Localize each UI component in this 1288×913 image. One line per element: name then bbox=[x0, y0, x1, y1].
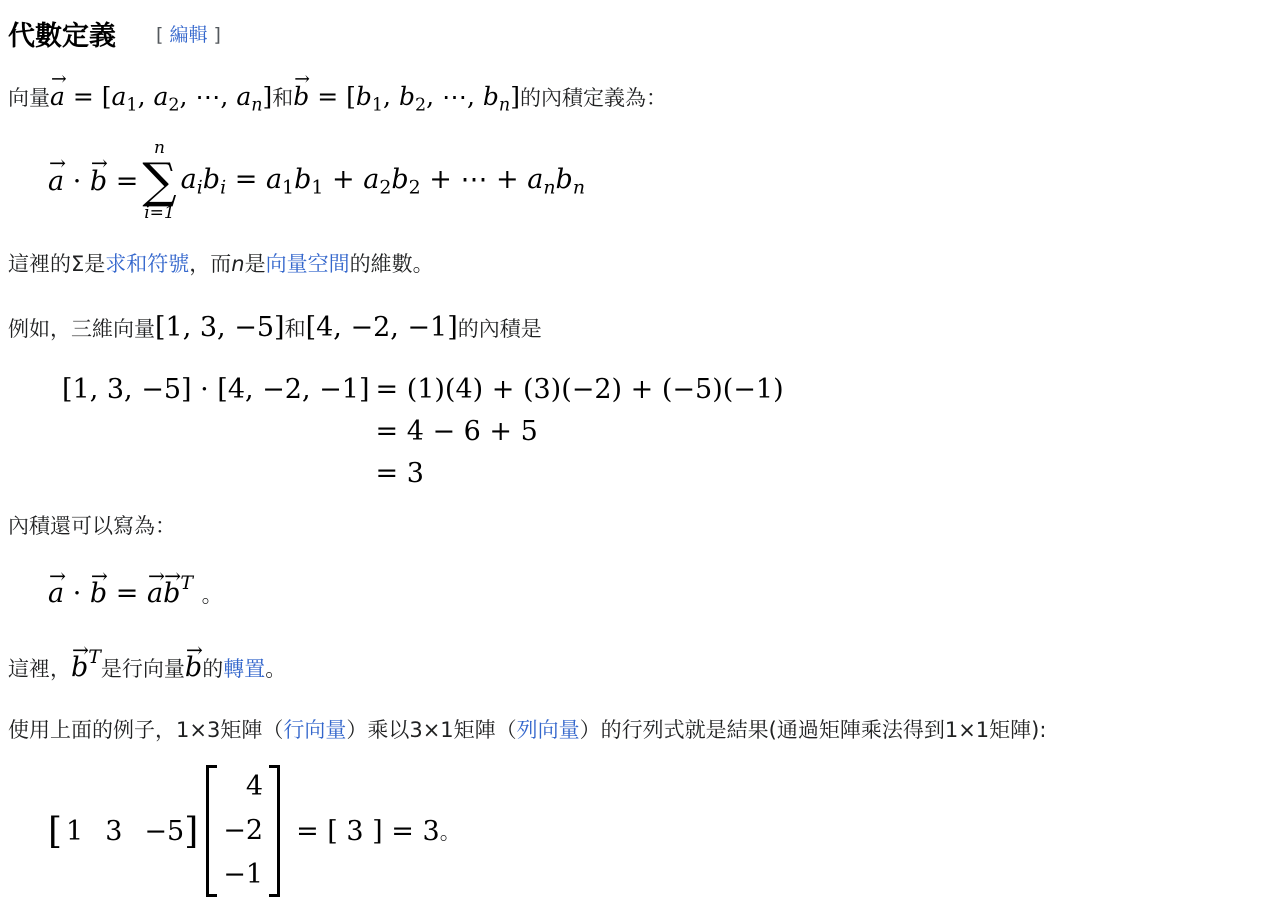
n-variable: n bbox=[231, 252, 244, 276]
math-vector-1: [1, 3, −5] bbox=[155, 312, 285, 343]
text: 這裡的 bbox=[8, 252, 71, 276]
text: 。 bbox=[440, 816, 461, 846]
link-column-vector[interactable]: 列向量 bbox=[517, 718, 580, 742]
paragraph-matrix: 使用上面的例子，1×3矩陣（行向量）乘以3×1矩陣（列向量）的行列式就是結果(通… bbox=[8, 714, 1046, 744]
math-vector-a: a = [a1, a2, ⋯, an] bbox=[50, 82, 272, 111]
math-vector-b: b = [b1, b2, ⋯, bn] bbox=[293, 82, 520, 111]
text: 是行向量 bbox=[101, 657, 185, 681]
text: 使用上面的例子，1×3矩陣（ bbox=[8, 718, 283, 742]
example-equations: [1, 3, −5] · [4, −2, −1]= (1)(4) + (3)(−… bbox=[62, 370, 784, 494]
text: 。 bbox=[202, 583, 223, 607]
text: 是 bbox=[84, 252, 105, 276]
eq-rhs: = 4 − 6 + 5 bbox=[375, 412, 783, 452]
edit-bracket-open: [ bbox=[156, 24, 169, 46]
paragraph-alt-form: 內積還可以寫為： bbox=[8, 510, 176, 540]
math-vector-2: [4, −2, −1] bbox=[306, 312, 458, 343]
sum-symbol: n ∑ i=1 bbox=[142, 140, 176, 222]
matrix-equation: [ 1 3 −5 ] 4 −2 −1 = [ 3 ] = 3 。 bbox=[48, 768, 461, 894]
text: 的維數。 bbox=[350, 252, 434, 276]
paragraph-transpose: 這裡，bT是行向量b的轉置。 bbox=[8, 646, 286, 683]
eq-lhs bbox=[62, 412, 369, 452]
text: ）的行列式就是結果(通過矩陣乘法得到1×1矩陣): bbox=[580, 718, 1047, 742]
eq-rhs: = 3 bbox=[375, 454, 783, 494]
eq-rhs: = (1)(4) + (3)(−2) + (−5)(−1) bbox=[375, 370, 783, 410]
text: ）乘以3×1矩陣（ bbox=[346, 718, 516, 742]
text: 。 bbox=[265, 657, 286, 681]
edit-section: [ 編輯 ] bbox=[156, 20, 221, 47]
text: ，而 bbox=[189, 252, 231, 276]
matrix-result: = [ 3 ] = 3 bbox=[296, 816, 440, 847]
column-matrix: 4 −2 −1 bbox=[206, 765, 280, 897]
text: 這裡， bbox=[8, 657, 71, 681]
text: 的內積定義為： bbox=[520, 86, 667, 110]
eq-lhs bbox=[62, 454, 369, 494]
link-row-vector[interactable]: 行向量 bbox=[283, 718, 346, 742]
text: 和 bbox=[285, 317, 306, 341]
text: 的內積是 bbox=[458, 317, 542, 341]
paragraph-example: 例如，三維向量[1, 3, −5]和[4, −2, −1]的內積是 bbox=[8, 312, 542, 343]
edit-bracket-close: ] bbox=[207, 24, 220, 46]
eq-lhs: [1, 3, −5] · [4, −2, −1] bbox=[62, 370, 369, 410]
sigma-symbol: Σ bbox=[71, 252, 84, 276]
formula-dot-product: a · b = n ∑ i=1 aibi = a1b1 + a2b2 + ⋯ +… bbox=[48, 140, 585, 222]
text: 向量 bbox=[8, 86, 50, 110]
text: 例如，三維向量 bbox=[8, 317, 155, 341]
formula-transpose: a · b = abT 。 bbox=[48, 572, 223, 609]
text: 是 bbox=[245, 252, 266, 276]
link-vector-space[interactable]: 向量空間 bbox=[266, 252, 350, 276]
text: 的 bbox=[202, 657, 223, 681]
text: 和 bbox=[272, 86, 293, 110]
link-transpose[interactable]: 轉置 bbox=[223, 657, 265, 681]
paragraph-definition: 向量a = [a1, a2, ⋯, an]和b = [b1, b2, ⋯, bn… bbox=[8, 82, 667, 115]
link-summation[interactable]: 求和符號 bbox=[105, 252, 189, 276]
row-matrix: [ 1 3 −5 ] bbox=[48, 811, 198, 852]
edit-link[interactable]: 編輯 bbox=[169, 24, 207, 46]
section-heading: 代數定義 bbox=[8, 14, 116, 53]
paragraph-explanation: 這裡的Σ是求和符號，而n是向量空間的維數。 bbox=[8, 248, 434, 278]
